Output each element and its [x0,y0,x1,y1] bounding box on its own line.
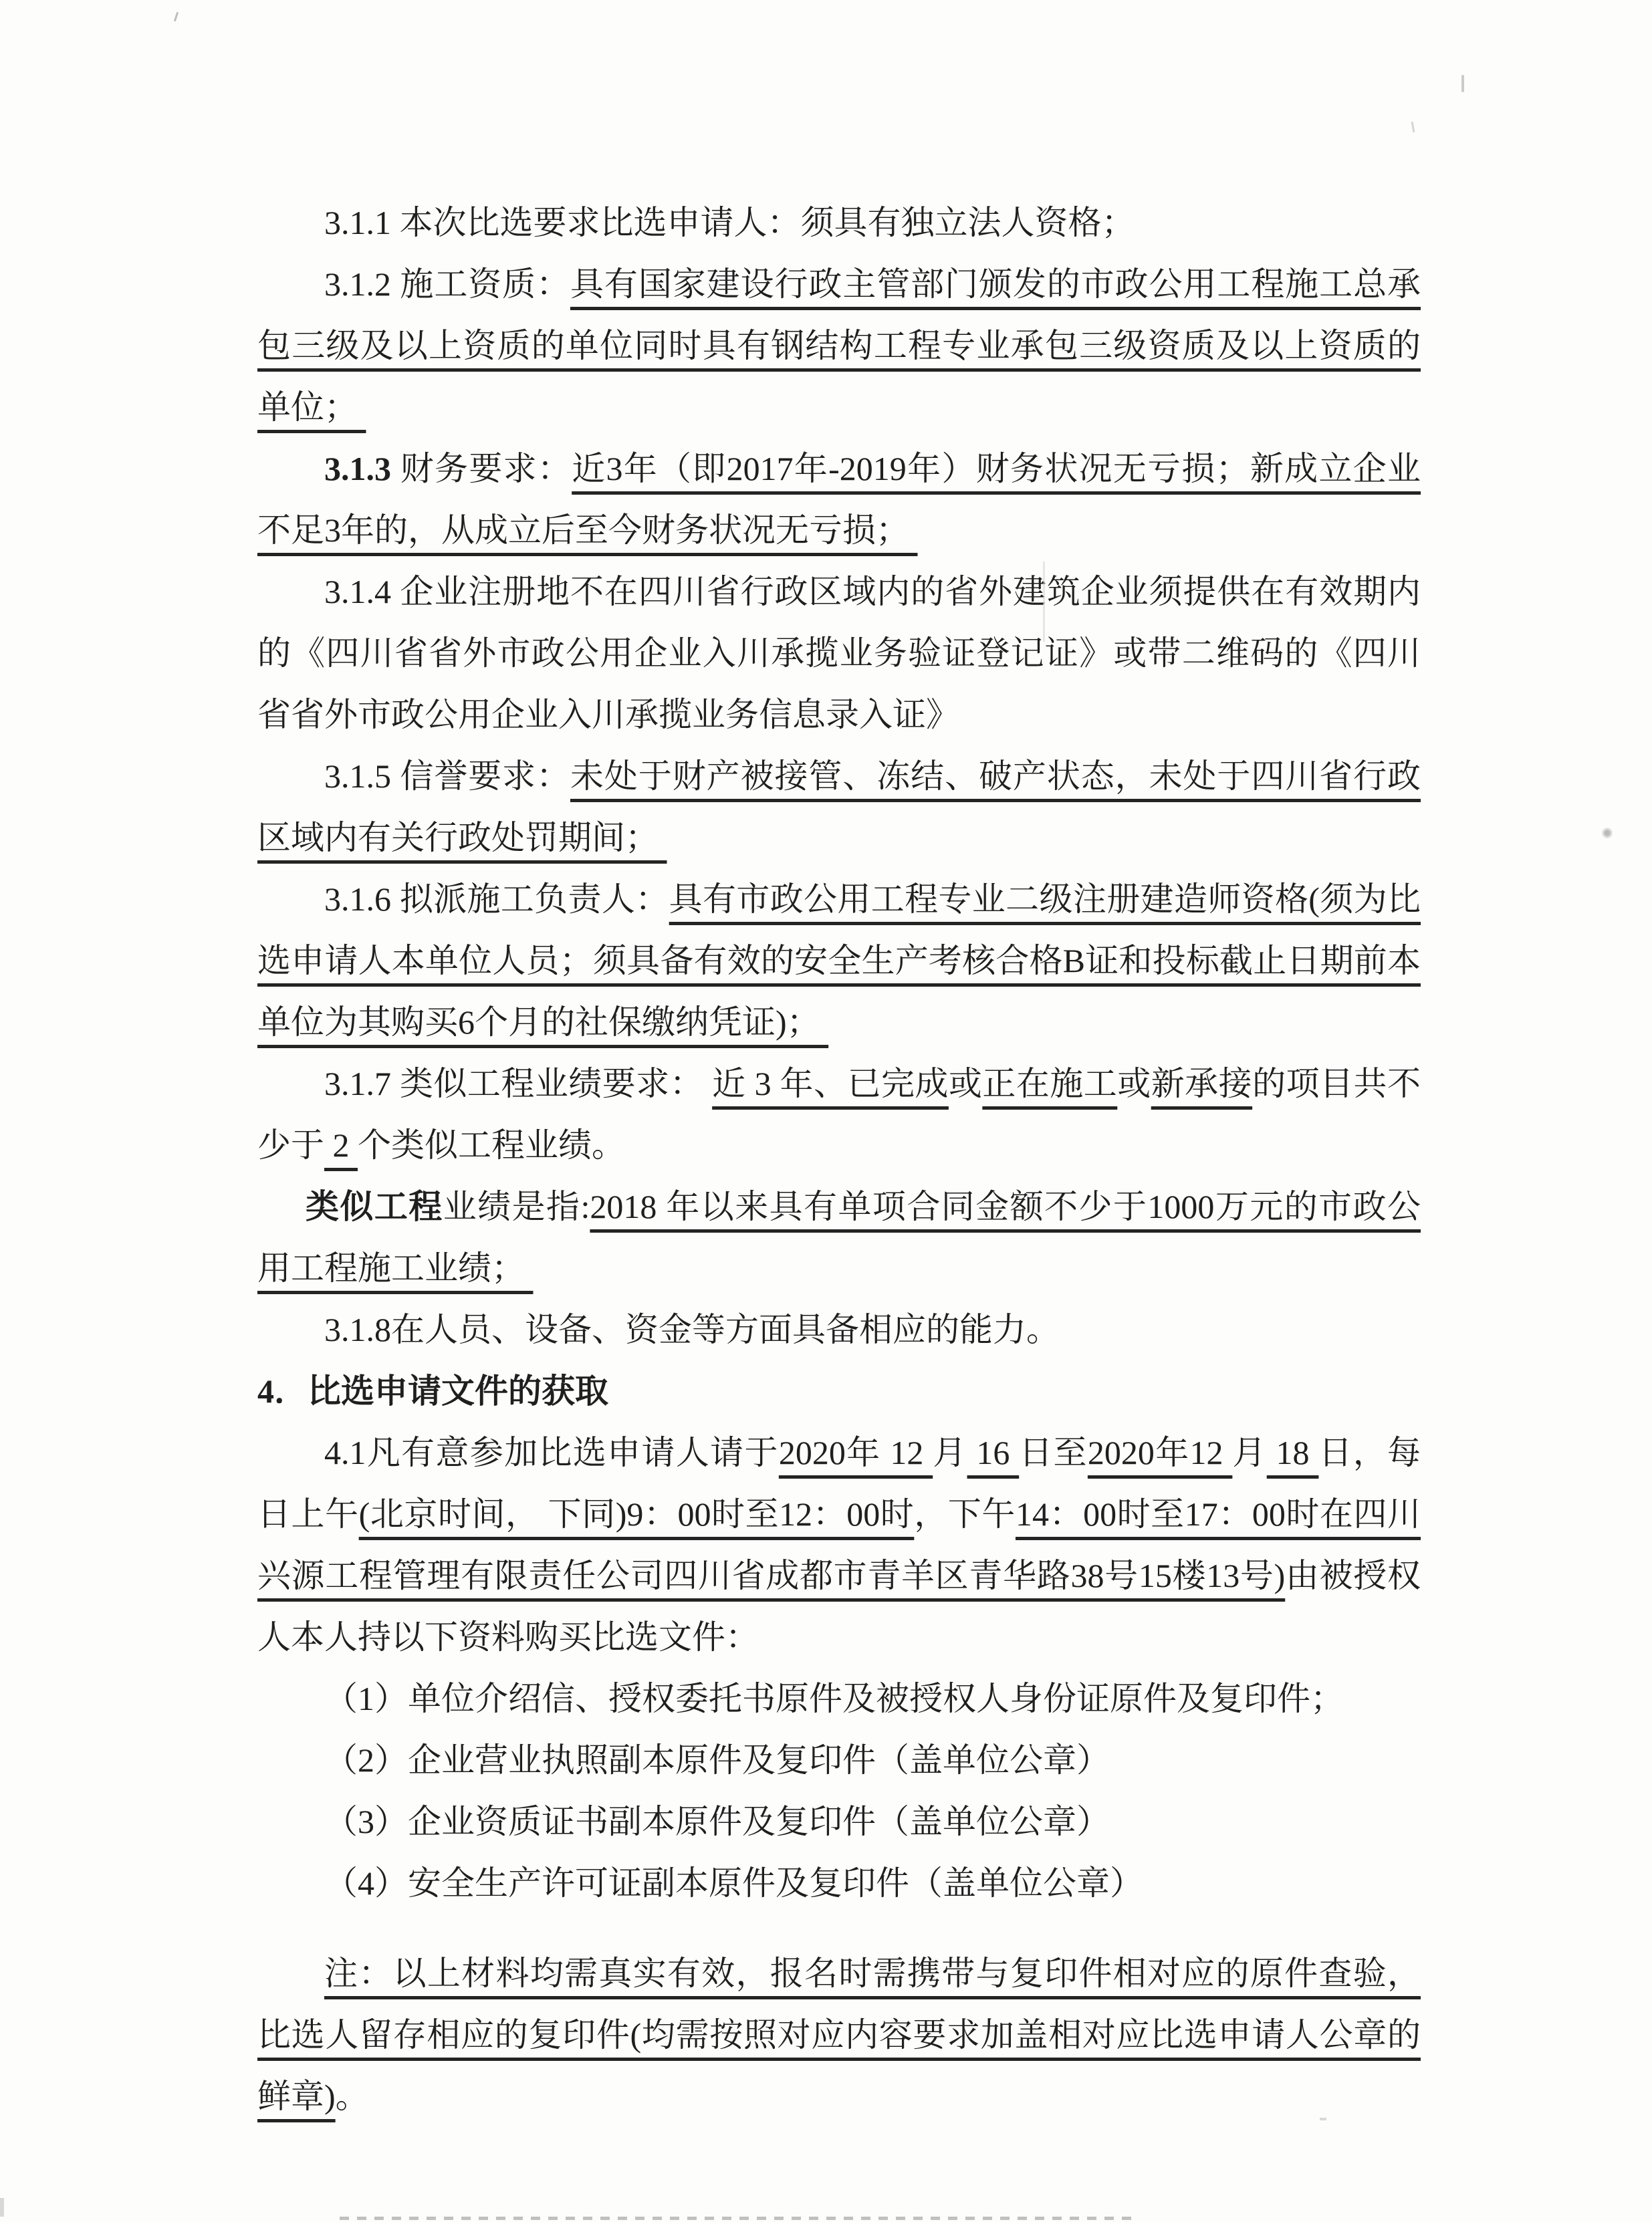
para-3-1-6: 3.1.6 拟派施工负责人：具有市政公用工程专业二级注册建造师资格(须为比选申请… [257,868,1421,1053]
text-segment: 日至 [1019,1434,1088,1471]
list-item-2: （2）企业营业执照副本原件及复印件（盖单位公章） [257,1729,1421,1791]
text-segment: 4．比选申请文件的获取 [257,1372,608,1410]
text-segment: 注：以上材料均需真实有效，报名时需携带与复印件相对应的原件查验，比选人留存相应的… [257,1955,1421,2115]
text-segment: 18 [1267,1434,1319,1471]
scan-speck [1461,75,1464,92]
text-segment: ，下午 [914,1495,1016,1533]
para-3-1-2: 3.1.2 施工资质：具有国家建设行政主管部门颁发的市政公用工程施工总承包三级及… [257,253,1421,438]
scan-bottom-streak [340,2217,1139,2220]
para-3-1-3: 3.1.3 财务要求：近3年（即2017年-2019年）财务状况无亏损；新成立企… [257,438,1421,561]
text-segment: 3.1.1 本次比选要求比选申请人：须具有独立法人资格； [324,204,1135,241]
text-segment: 或 [1117,1065,1151,1102]
text-segment: 3.1.5 信誉要求： [324,757,570,795]
text-segment: 16 [967,1434,1020,1471]
text-segment: (北京时间， 下同)9：00时至12：00时 [359,1495,915,1533]
text-segment: （3）企业资质证书副本原件及复印件（盖单位公章） [324,1803,1110,1840]
scanned-page: { "page": { "background": "#fdfdfc", "te… [0,0,1652,2222]
list-item-1: （1）单位介绍信、授权委托书原件及被授权人身份证原件及复印件； [257,1668,1421,1729]
para-4-1: 4.1凡有意参加比选申请人请于2020年 12 月 16 日至2020年12 月… [257,1422,1421,1668]
text-segment: 正在施工 [982,1065,1117,1102]
text-segment: 。 [336,2078,369,2115]
text-segment: 3.1.3 [324,450,391,487]
list-item-3: （3）企业资质证书副本原件及复印件（盖单位公章） [257,1791,1421,1852]
text-segment: 财务要求： [391,450,572,487]
scan-speck [1602,828,1613,840]
text-segment: 2020年 12 [779,1434,933,1471]
text-segment: 或 [949,1065,982,1102]
text-segment: 月 [1232,1434,1266,1471]
document-body: 3.1.1 本次比选要求比选申请人：须具有独立法人资格；3.1.2 施工资质：具… [257,192,1421,2127]
para-similar-project-definition: 类似工程业绩是指:2018 年以来具有单项合同金额不少于1000万元的市政公用工… [257,1176,1421,1299]
text-segment: （1）单位介绍信、授权委托书原件及被授权人身份证原件及复印件； [324,1680,1344,1717]
text-segment: 4.1凡有意参加比选申请人请于 [324,1434,779,1471]
text-segment: 3.1.7 类似工程业绩要求： [324,1065,712,1102]
scan-speck [1411,122,1415,132]
text-segment: 类似工程 [306,1188,443,1225]
para-note: 注：以上材料均需真实有效，报名时需携带与复印件相对应的原件查验，比选人留存相应的… [257,1943,1421,2127]
para-3-1-1: 3.1.1 本次比选要求比选申请人：须具有独立法人资格； [257,192,1421,253]
text-segment: 2 [324,1126,358,1164]
text-segment: 2020年12 [1088,1434,1233,1471]
text-segment: 3.1.4 企业注册地不在四川省行政区域内的省外建筑企业须提供在有效期内的《四川… [257,573,1421,733]
text-segment: （4）安全生产许可证副本原件及复印件（盖单位公章） [324,1864,1143,1902]
text-segment: 个类似工程业绩。 [358,1126,625,1164]
text-segment: （2）企业营业执照副本原件及复印件（盖单位公章） [324,1741,1110,1779]
para-3-1-4: 3.1.4 企业注册地不在四川省行政区域内的省外建筑企业须提供在有效期内的《四川… [257,561,1421,745]
para-3-1-8: 3.1.8在人员、设备、资金等方面具备相应的能力。 [257,1299,1421,1360]
heading-section-4: 4．比选申请文件的获取 [257,1360,1421,1422]
list-item-4: （4）安全生产许可证副本原件及复印件（盖单位公章） [257,1852,1421,1914]
para-3-1-5: 3.1.5 信誉要求：未处于财产被接管、冻结、破产状态，未处于四川省行政区域内有… [257,745,1421,868]
text-segment: 月 [933,1434,967,1471]
para-3-1-7: 3.1.7 类似工程业绩要求： 近 3 年、已完成或正在施工或新承接的项目共不少… [257,1053,1421,1176]
scan-speck [174,12,179,21]
scan-edge-mark [0,2198,4,2217]
text-segment: 新承接 [1151,1065,1252,1102]
text-segment: 业绩是指: [443,1188,590,1225]
text-segment: 近 3 年、已完成 [712,1065,949,1102]
text-segment: 3.1.2 施工资质： [324,265,570,303]
text-segment: 3.1.6 拟派施工负责人： [324,880,669,918]
text-segment: 3.1.8在人员、设备、资金等方面具备相应的能力。 [324,1311,1060,1348]
